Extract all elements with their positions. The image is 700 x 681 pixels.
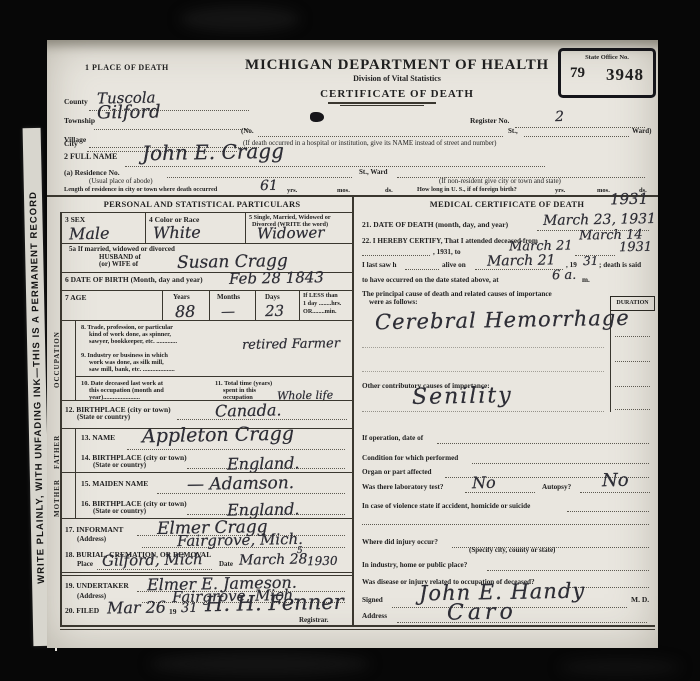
margin-instruction-text: WRITE PLAINLY, WITH UNFADING INK—THIS IS… — [27, 190, 46, 583]
dob-value: Feb 28 1843 — [229, 268, 324, 288]
age-days-label: Days — [265, 294, 280, 302]
lastsaw-value: March 21 — [487, 252, 556, 269]
occurred-time-value: 6 a. — [552, 268, 577, 283]
condition-line — [472, 462, 649, 464]
certificate-paper: 1 PLACE OF DEATH MICHIGAN DEPARTMENT OF … — [47, 40, 658, 648]
dob-label: 6 DATE OF BIRTH (Month, day and year) — [65, 276, 203, 284]
cause-dots-2 — [362, 370, 604, 372]
age-days-value: 23 — [265, 302, 284, 320]
autopsy-value: No — [602, 470, 629, 491]
principal-label-1: The principal cause of death and related… — [362, 290, 552, 298]
us-residence-label: How long in U. S., if of foreign birth? — [417, 186, 517, 193]
informant-label: 17. INFORMANT — [65, 526, 123, 534]
burial-place-value: Gilford, Mich — [102, 550, 203, 570]
state-office-stamp: State Office No. 79 3948 — [558, 48, 656, 98]
mother-bp-sub: (State or country) — [93, 508, 146, 516]
age-divider-1 — [162, 290, 163, 320]
residence-sub: (Usual place of abode) — [89, 178, 153, 186]
father-bp-value: England. — [227, 453, 300, 473]
scan-artifact — [150, 652, 370, 676]
operation-line — [437, 442, 649, 444]
scan-artifact — [180, 6, 300, 32]
department-title: MICHIGAN DEPARTMENT OF HEALTH — [242, 57, 552, 74]
violence-line-2 — [362, 523, 649, 525]
sex-row-divider-1 — [145, 212, 146, 243]
burial-date-label: Date — [219, 561, 233, 569]
lastsaw-year: 31 — [583, 254, 599, 268]
industry-label: In industry, home or public place? — [362, 561, 467, 569]
register-no-value: 2 — [555, 109, 564, 125]
informant-address-value: Fairgrove, Mich. — [177, 530, 303, 550]
spouse-label-3: (or) WIFE of — [99, 261, 138, 269]
dod-label: 21. DATE OF DEATH (month, day, and year) — [362, 221, 508, 229]
registrar-label: Registrar. — [299, 617, 328, 625]
burial-date-sup: 5 — [297, 546, 303, 556]
violence-label: In case of violence state if accident, h… — [362, 502, 530, 510]
informant-sub: (Address) — [77, 536, 106, 544]
age-months-value: — — [221, 304, 235, 320]
sex-value: Male — [69, 224, 110, 244]
contrib-value: Senility — [412, 383, 513, 410]
ds-label-1: ds. — [385, 187, 393, 194]
occ9-line3: saw mill, bank, etc. ...................… — [89, 366, 175, 373]
personal-section-title: PERSONAL AND STATISTICAL PARTICULARS — [72, 200, 332, 210]
violence-line-1 — [567, 510, 649, 512]
sex-row-divider-2 — [245, 212, 246, 243]
autopsy-line — [580, 491, 650, 493]
filed-label: 20. FILED — [65, 607, 99, 615]
burial-bottom-1 — [60, 572, 352, 573]
register-no-label: Register No. — [470, 117, 509, 125]
county-label: County — [64, 98, 88, 106]
signed-label: Signed — [362, 596, 383, 604]
filed-year-printed: 19 — [169, 608, 177, 616]
medical-section-title: MEDICAL CERTIFICATE OF DEATH — [387, 200, 627, 210]
father-name-label: 13. NAME — [81, 434, 115, 442]
birthplace-value: Canada. — [215, 400, 282, 420]
certify-line2-dots — [362, 254, 430, 256]
no-line — [258, 135, 503, 137]
age-label: 7 AGE — [65, 294, 86, 302]
lastsaw-label-2: alive on — [442, 261, 466, 269]
address-line — [397, 621, 647, 623]
registrar-signature: H. H. Fenner — [205, 590, 344, 616]
personal-header-rule — [60, 212, 352, 213]
mos-label-1: mos. — [337, 187, 350, 194]
principal-label-2: were as follows: — [369, 298, 418, 306]
filed-year-value: 31 — [181, 601, 198, 616]
township-label: Township — [64, 117, 95, 125]
lastsaw-label-4: ; death is said — [599, 261, 641, 269]
injury-label: Where did injury occur? — [362, 538, 438, 546]
certify-end-year: 1931 — [619, 240, 652, 256]
occurred-label: to have occurred on the date stated abov… — [362, 276, 499, 284]
certify-mid: , 1931, to — [433, 248, 461, 256]
burial-place-label: Place — [77, 561, 93, 569]
cause-dots-1 — [362, 346, 604, 348]
md-label: M. D. — [631, 596, 649, 604]
bottom-rule-2 — [60, 629, 655, 630]
age-divider-2 — [209, 290, 210, 320]
full-name-line — [125, 165, 545, 167]
birthplace-sub: (State or country) — [77, 414, 130, 422]
age-less-1: If LESS than — [303, 293, 338, 300]
left-column-rule — [60, 212, 62, 625]
yrs-label-2: yrs. — [555, 187, 565, 194]
age-divider-3 — [255, 290, 256, 320]
age-less-3: OR........min. — [303, 309, 337, 316]
length-residence-label: Length of residence in city or town wher… — [64, 186, 217, 193]
ward-label: Ward) — [632, 128, 651, 136]
bottom-rule-1 — [60, 625, 655, 627]
sex-row-bottom — [60, 243, 352, 244]
full-name-value: John E. Cragg — [142, 139, 284, 165]
state-office-label: State Office No. — [561, 54, 653, 61]
column-divider-vertical — [352, 195, 354, 627]
lab-test-line — [465, 491, 535, 493]
dob-row-bottom — [60, 290, 352, 291]
age-row-bottom — [60, 320, 352, 321]
father-name-value: Appleton Cragg — [142, 423, 294, 448]
occurred-m-label: m. — [582, 276, 590, 284]
scan-artifact — [560, 658, 680, 676]
scanned-document-background: WRITE PLAINLY, WITH UNFADING INK—THIS IS… — [0, 0, 700, 681]
industry-line — [487, 569, 649, 571]
certificate-title-underline — [328, 102, 436, 104]
occ-divider — [75, 376, 352, 377]
register-no-line — [515, 126, 645, 128]
ink-blot — [310, 112, 324, 122]
division-subtitle: Division of Vital Statistics — [242, 75, 552, 84]
place-of-death-label: 1 PLACE OF DEATH — [85, 64, 169, 73]
dod-value: March 23, 1931 — [543, 211, 656, 229]
address-value: Caro — [447, 599, 517, 625]
state-office-number-right: 3948 — [606, 65, 644, 84]
father-side-label: FATHER — [53, 432, 61, 472]
length-residence-value: 61 — [260, 178, 278, 194]
undertaker-sub: (Address) — [77, 593, 106, 601]
nonresident-note: (If non-resident give city or town and s… — [439, 178, 561, 186]
st-line — [524, 135, 629, 137]
certificate-title: CERTIFICATE OF DEATH — [242, 88, 552, 100]
township-value: Gilford — [97, 101, 161, 123]
race-value: White — [153, 223, 201, 243]
duration-dots-1 — [615, 335, 650, 337]
age-months-label: Months — [217, 294, 240, 302]
state-office-number-left: 79 — [570, 65, 585, 84]
city-label: City — [64, 140, 78, 148]
lastsaw-dots-1 — [405, 268, 439, 270]
duration-dots-2 — [615, 360, 650, 362]
no-label: (No. — [241, 128, 254, 136]
duration-dots-4 — [615, 408, 650, 410]
age-years-value: 88 — [175, 302, 196, 321]
organ-label: Organ or part affected — [362, 468, 432, 476]
age-divider-4 — [299, 290, 300, 320]
address-label: Address — [362, 612, 387, 620]
lab-test-label: Was there laboratory test? — [362, 483, 444, 491]
occupation-bottom — [60, 400, 352, 401]
operation-label: If operation, date of — [362, 434, 423, 442]
certificate-title-underline-2 — [340, 105, 424, 106]
township-line — [94, 128, 249, 130]
undertaker-label: 19. UNDERTAKER — [65, 582, 129, 590]
mos-label-2: mos. — [597, 187, 610, 194]
medical-year-note: 1931 — [610, 190, 648, 209]
age-years-label: Years — [173, 294, 190, 302]
full-name-label: 2 FULL NAME — [64, 153, 117, 162]
mother-name-value: — Adamson. — [187, 473, 294, 495]
cause-of-death-value: Cerebral Hemorrhage — [375, 306, 630, 334]
st-ward-label: St., Ward — [359, 169, 387, 177]
lastsaw-label-1: I last saw h — [362, 261, 397, 269]
occupation-side-rule — [75, 320, 76, 400]
injury-note: (Specify city, county or state) — [469, 547, 555, 555]
filed-date-value: Mar 26 — [107, 597, 166, 617]
mother-side-label: MOTHER — [53, 478, 61, 518]
father-bottom — [60, 472, 352, 473]
autopsy-label: Autopsy? — [542, 483, 571, 491]
burial-date-year: 1930 — [307, 554, 338, 569]
occ8-line3: sawyer, bookkeeper, etc. ............. — [89, 338, 177, 345]
lab-test-value: No — [472, 473, 496, 492]
father-side-rule — [75, 428, 76, 472]
occupation-side-label: OCCUPATION — [53, 326, 61, 394]
yrs-label-1: yrs. — [287, 187, 297, 194]
father-name-line — [127, 448, 345, 450]
condition-label: Condition for which performed — [362, 454, 458, 462]
father-bp-sub: (State or country) — [93, 462, 146, 470]
duration-dots-3 — [615, 385, 650, 387]
mother-name-label: 15. MAIDEN NAME — [81, 480, 148, 488]
st-label: St., — [508, 128, 518, 136]
mother-side-rule — [75, 472, 76, 518]
age-less-2: 1 day ........hrs. — [303, 301, 341, 308]
contrib-dots — [362, 410, 604, 412]
marital-value: Widower — [257, 223, 325, 242]
occ8-value: retired Farmer — [242, 336, 340, 353]
